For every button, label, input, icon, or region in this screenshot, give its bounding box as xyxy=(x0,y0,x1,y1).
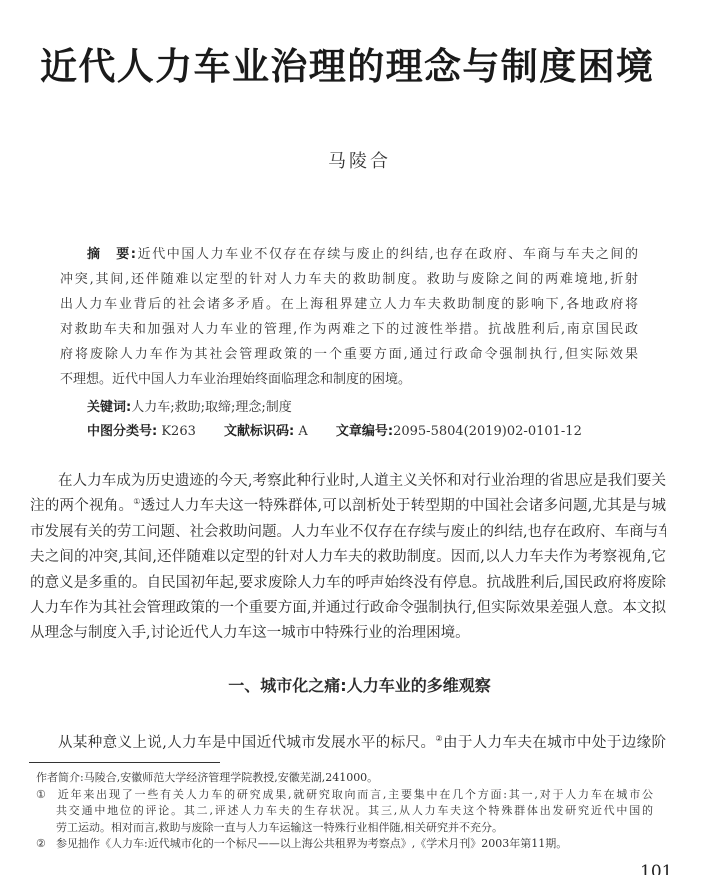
body-line: 在人力车成为历史遗迹的今天,考察此种行业时,人道主义关怀和对行业治理的省思应是我… xyxy=(30,469,666,494)
abstract-label: 摘 要: xyxy=(87,247,136,262)
keywords-value: 人力车;救助;取缔;理念;制度 xyxy=(131,400,292,415)
footnote-1-line: 劳工运动。相对而言,救助与废除一直与人力车运输这一特殊行业相伴随,相关研究并不充… xyxy=(36,820,653,837)
doc-code-label: 文献标识码: xyxy=(224,424,294,439)
article-number-label: 文章编号: xyxy=(336,424,393,439)
footnote-1: ①近年来出现了一些有关人力车的研究成果,就研究取向而言,主要集中在几个方面:其一… xyxy=(36,787,653,804)
body-line: 从理念与制度入手,讨论近代人力车这一城市中特殊行业的治理困境。 xyxy=(30,621,666,646)
section-heading: 一、城市化之痛:人力车业的多维观察 xyxy=(0,675,719,697)
article-title: 近代人力车业治理的理念与制度困境 xyxy=(40,44,656,90)
doc-code-value: A xyxy=(298,424,307,439)
abstract-line: 摘 要:近代中国人力车业不仅存在存续与废止的纠结,也存在政府、车商与车夫之间的 xyxy=(60,242,638,267)
abstract-line: 出人力车业背后的社会诸多矛盾。在上海租界建立人力车夫救助制度的影响下,各地政府将 xyxy=(60,292,638,317)
footnote-mark: ② xyxy=(36,836,56,853)
footnote-mark: ① xyxy=(36,787,56,804)
body-line: 夫之间的冲突,其间,还伴随难以定型的针对人力车夫的救助制度。因而,以人力车夫作为… xyxy=(30,545,666,570)
body-line: 的意义是多重的。自民国初年起,要求废除人力车的呼声始终没有停息。抗战胜利后,国民… xyxy=(30,571,666,596)
author-name: 马陵合 xyxy=(0,150,719,174)
footnote-1-line: 共交通中地位的评论。其二,评述人力车夫的生存状况。其三,从人力车夫这个特殊群体出… xyxy=(36,803,653,820)
clc-value: K263 xyxy=(161,424,196,439)
keywords: 关键词:人力车;救助;取缔;理念;制度 xyxy=(87,397,292,419)
author-bio: 作者简介:马陵合,安徽师范大学经济管理学院教授,安徽芜湖,241000。 xyxy=(36,770,653,787)
doc-code-group: 文献标识码: A xyxy=(224,421,308,443)
footnote-ref-1[interactable]: ① xyxy=(133,497,140,506)
page-number: 101 xyxy=(640,862,672,875)
body-line: 市发展有关的劳工问题、社会救助问题。人力车业不仅存在存续与废止的纠结,也存在政府… xyxy=(30,520,666,545)
abstract-line: 不理想。近代中国人力车业治理始终面临理念和制度的困境。 xyxy=(60,367,638,392)
abstract-line: 对救助车夫和加强对人力车业的管理,作为两难之下的过渡性举措。抗战胜利后,南京国民… xyxy=(60,317,638,342)
footnote-ref-2[interactable]: ② xyxy=(435,734,443,743)
footnote-divider xyxy=(29,762,220,763)
article-number-group: 文章编号:2095-5804(2019)02-0101-12 xyxy=(336,421,582,443)
clc-label: 中图分类号: xyxy=(87,424,157,439)
keywords-label: 关键词: xyxy=(87,400,131,415)
abstract-line: 府将废除人力车作为其社会管理政策的一个重要方面,通过行政命令强制执行,但实际效果 xyxy=(60,342,638,367)
clc-group: 中图分类号: K263 xyxy=(87,421,196,443)
section-first-line: 从某种意义上说,人力车是中国近代城市发展水平的标尺。②由于人力车夫在城市中处于边… xyxy=(58,731,666,756)
body-line: 注的两个视角。①透过人力车夫这一特殊群体,可以剖析处于转型期的中国社会诸多问题,… xyxy=(30,494,666,519)
classification-line: 中图分类号: K263 文献标识码: A 文章编号:2095-5804(2019… xyxy=(87,421,606,443)
body-line: 人力车作为其社会管理政策的一个重要方面,并通过行政命令强制执行,但实际效果差强人… xyxy=(30,596,666,621)
footnote-2: ②参见拙作《人力车:近代城市化的一个标尺——以上海公共租界为考察点》,《学术月刊… xyxy=(36,836,653,853)
footnotes: 作者简介:马陵合,安徽师范大学经济管理学院教授,安徽芜湖,241000。 ①近年… xyxy=(36,770,653,853)
article-number-value: 2095-5804(2019)02-0101-12 xyxy=(393,424,582,439)
intro-paragraph: 在人力车成为历史遗迹的今天,考察此种行业时,人道主义关怀和对行业治理的省思应是我… xyxy=(30,469,666,647)
abstract: 摘 要:近代中国人力车业不仅存在存续与废止的纠结,也存在政府、车商与车夫之间的 … xyxy=(60,242,638,392)
abstract-line: 冲突,其间,还伴随难以定型的针对人力车夫的救助制度。救助与废除之间的两难境地,折… xyxy=(60,267,638,292)
